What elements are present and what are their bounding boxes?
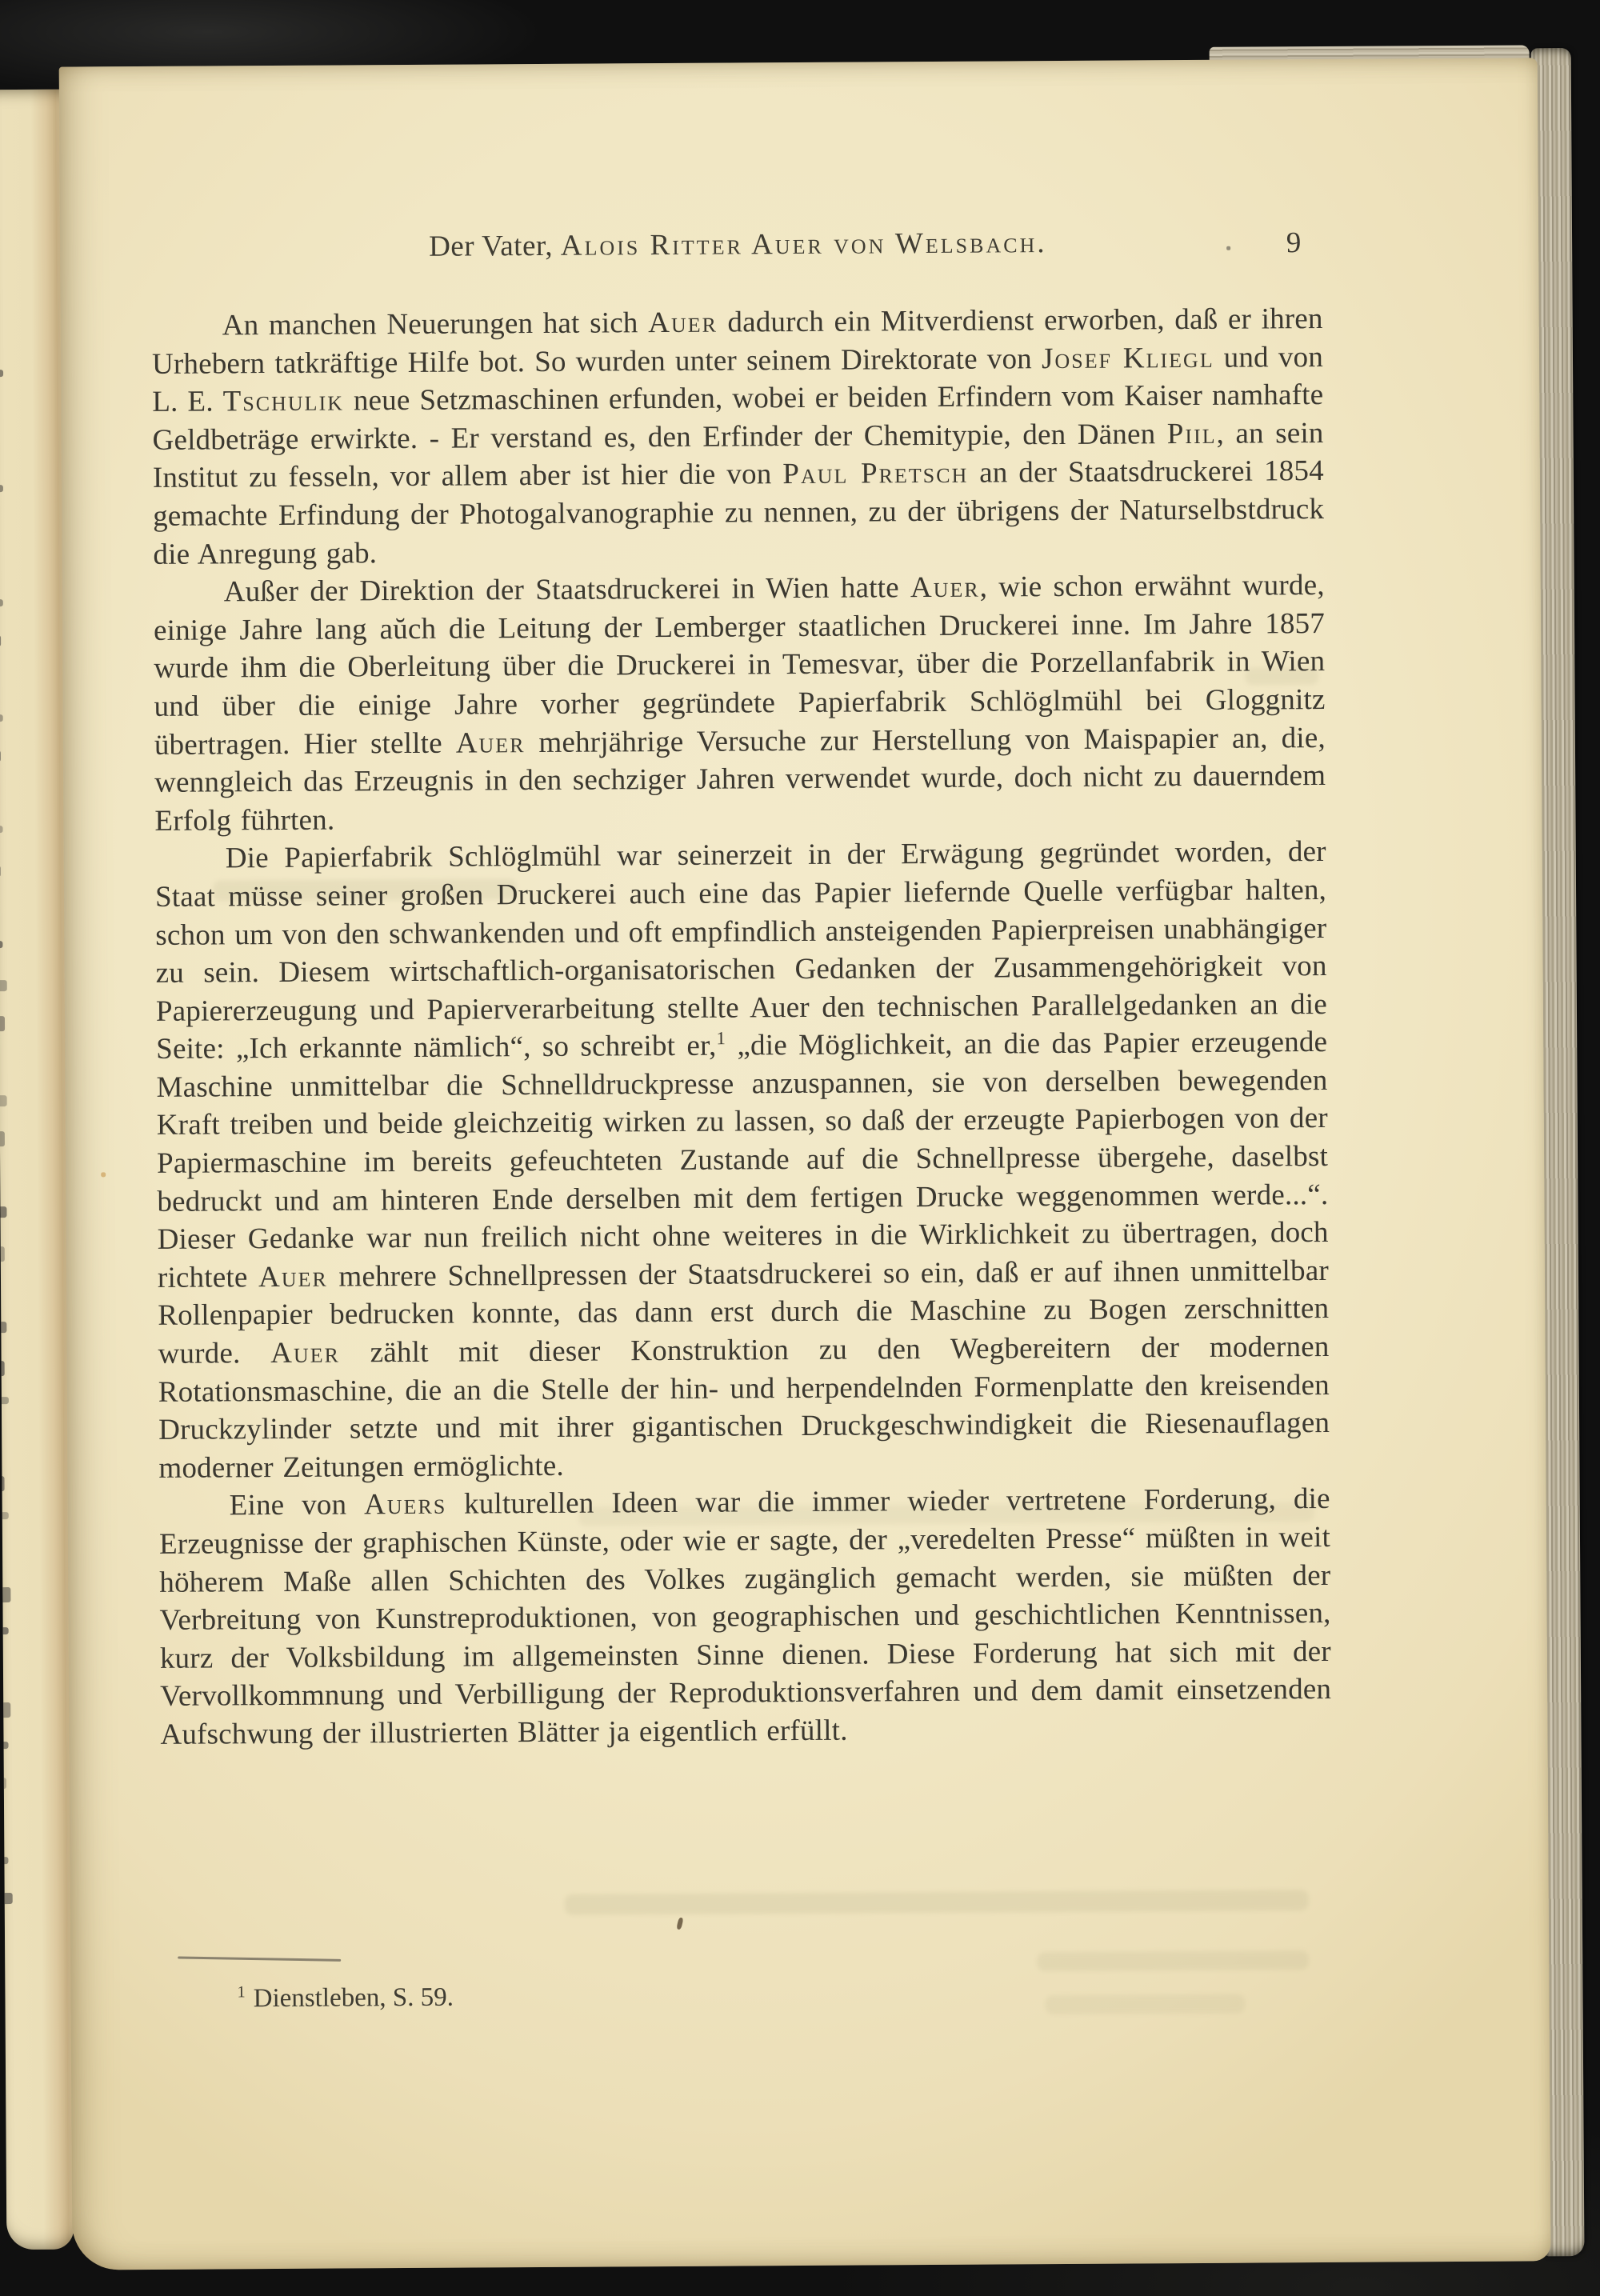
body-text: An manchen Neuerungen hat sich Auer dadu… [152,300,1332,1754]
text-run: Außer der Direktion der Staatsdruckerei … [224,571,910,608]
smallcaps-name: Paul Pretsch [782,457,968,490]
paragraph: Die Papierfabrik Schlöglmühl war seinerz… [155,833,1330,1487]
footnote: 1Dienstleben, S. 59. [162,1975,1333,2016]
text-run: Eine von [230,1489,365,1522]
text-run: „die Möglichkeit, an die das Papier erze… [156,1026,1328,1294]
footnote-marker: 1 [237,1983,245,2001]
running-title-name: Alois Ritter Auer von Welsbach [561,226,1038,262]
running-title-period: . [1037,226,1045,259]
footnote-ref: 1 [716,1029,726,1049]
smallcaps-name: Auer [910,571,980,605]
paragraph: Eine von Auers kulturellen Ideen war die… [159,1480,1332,1754]
running-title: Der Vater, Alois Ritter Auer von Welsbac… [151,224,1322,266]
smallcaps-name: Auers [364,1488,446,1522]
paragraph: Außer der Direktion der Staatsdruckerei … [154,566,1326,840]
book-scan: Der Vater, Alois Ritter Auer von Welsbac… [0,0,1600,2296]
text-run: An manchen Neuerungen hat sich [222,306,649,342]
smallcaps-name: Auer [258,1260,328,1294]
running-title-prefix: Der Vater, [429,230,561,263]
smallcaps-name: Auer [456,726,526,760]
bleed-through-text [1037,1950,1309,1971]
smallcaps-name: Josef Kliegl [1042,341,1214,374]
footnote-text: Dienstleben, S. 59. [254,1983,454,2014]
smallcaps-name: Auer [270,1337,340,1370]
paragraph: An manchen Neuerungen hat sich Auer dadu… [152,300,1325,574]
text-run: kulturellen Ideen war die immer wieder v… [159,1482,1331,1750]
smallcaps-name: Auer [648,306,718,340]
smallcaps-name: Piil [1167,418,1217,450]
page-number: 9 [1270,226,1318,260]
smallcaps-name: Tschulik [223,385,345,418]
ink-speck [101,1172,106,1177]
